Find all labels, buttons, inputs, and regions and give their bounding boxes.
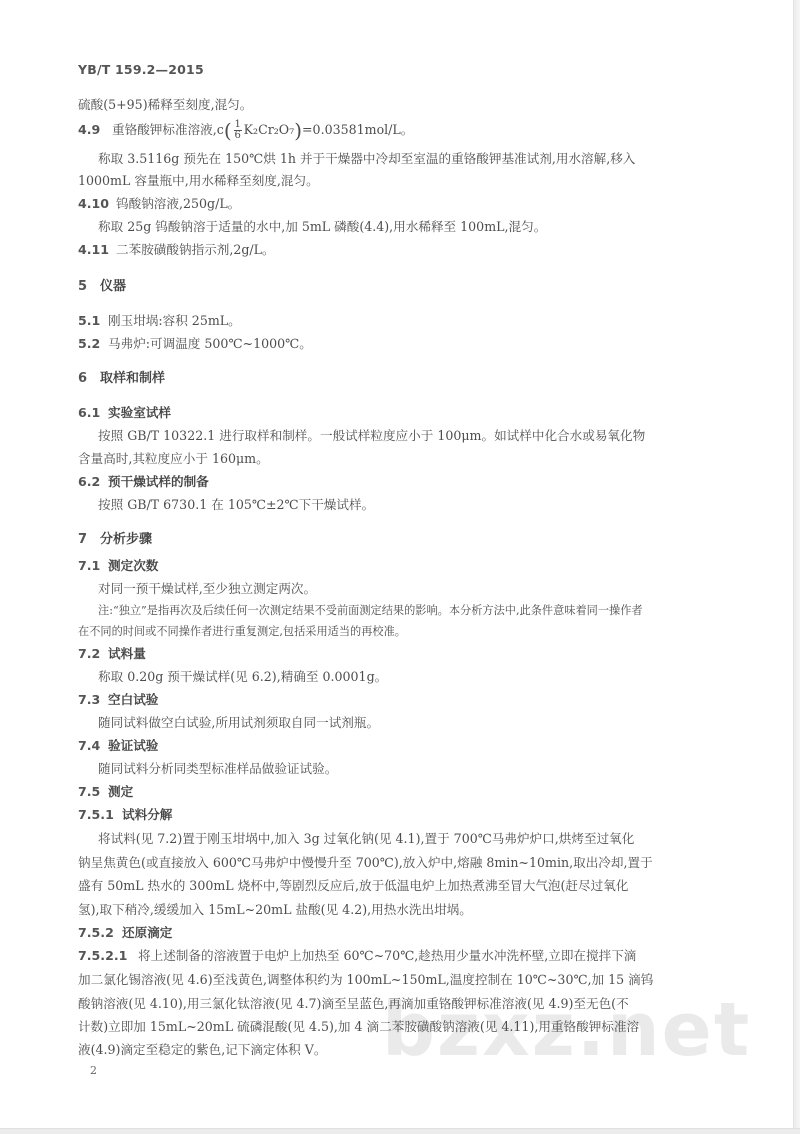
paragraph-line: 随同试料做空白试验,所用试剂须取自同一试剂瓶。: [98, 714, 379, 732]
section-7-heading: 7分析步骤: [78, 531, 152, 549]
section-title: 试料分解: [122, 807, 172, 822]
chemical-formula: K₂Cr₂O₇: [244, 122, 295, 137]
section-number: 7.5.2: [78, 924, 122, 942]
page-edge: [793, 0, 800, 1134]
section-title: 仪器: [100, 279, 126, 294]
paragraph-line: 氢),取下稍冷,缓缓加入 15mL~20mL 盐酸(见 4.2),用热水洗出坩埚…: [78, 901, 472, 919]
paragraph-line: 称取 0.20g 预干燥试样(见 6.2),精确至 0.0001g。: [98, 668, 387, 686]
section-4-9: 4.9 重铬酸钾标准溶液,c(16K₂Cr₂O₇)=0.03581mol/L。: [78, 120, 413, 141]
section-text: 马弗炉:可调温度 500℃~1000℃。: [108, 336, 312, 351]
section-5-1: 5.1刚玉坩埚:容积 25mL。: [78, 312, 241, 330]
page-number: 2: [90, 1064, 97, 1077]
section-text: 钨酸钠溶液,250g/L。: [116, 196, 240, 211]
section-7-2: 7.2试料量: [78, 645, 146, 663]
section-7-5-2-1: 7.5.2.1将上述制备的溶液置于电炉上加热至 60℃~70℃,趁热用少量水冲洗…: [78, 947, 636, 965]
section-text: 将上述制备的溶液置于电炉上加热至 60℃~70℃,趁热用少量水冲洗杯壁,立即在搅…: [138, 948, 636, 963]
section-text: 二苯胺磺酸钠指示剂,2g/L。: [116, 242, 275, 257]
fraction-numerator: 1: [234, 120, 240, 130]
section-number: 7.2: [78, 645, 108, 663]
section-title: 试料量: [108, 646, 146, 661]
section-number: 6: [78, 370, 100, 388]
paragraph-line: 1000mL 容量瓶中,用水稀释至刻度,混匀。: [78, 172, 319, 190]
fraction-denominator: 6: [234, 131, 240, 141]
paragraph-line: 硫酸(5+95)稀释至刻度,混匀。: [78, 96, 252, 114]
section-number: 5: [78, 278, 100, 296]
paragraph-line: 称取 3.5116g 预先在 150℃烘 1h 并于干燥器中冷却至室温的重铬酸钾…: [98, 150, 635, 168]
paragraph-line: 钠呈焦黄色(或直接放入 600℃马弗炉中慢慢升至 700℃),放入炉中,熔融 8…: [78, 854, 653, 872]
section-number: 7.1: [78, 557, 108, 575]
section-title: 取样和制样: [100, 371, 165, 386]
section-6-2: 6.2预干燥试样的制备: [78, 473, 209, 491]
note-line: 在不同的时间或不同操作者进行重复测定,包括采用适当的再校准。: [78, 623, 406, 641]
paragraph-line: 含量高时,其粒度应小于 160μm。: [78, 450, 269, 468]
section-7-5: 7.5测定: [78, 783, 133, 801]
section-number: 6.2: [78, 473, 108, 491]
paragraph-line: 随同试料分析同类型标准样品做验证试验。: [98, 760, 337, 778]
section-number: 7.5: [78, 783, 108, 801]
section-title: 测定次数: [108, 558, 158, 573]
section-number: 4.11: [78, 241, 116, 259]
section-title: 验证试验: [108, 738, 158, 753]
paragraph-line: 加二氯化锡溶液(见 4.6)至浅黄色,调整体积约为 100mL~150mL,温度…: [78, 971, 653, 989]
section-number: 5.1: [78, 312, 108, 330]
section-7-3: 7.3空白试验: [78, 691, 158, 709]
section-4-11: 4.11二苯胺磺酸钠指示剂,2g/L。: [78, 241, 275, 259]
section-7-1: 7.1测定次数: [78, 557, 158, 575]
concentration-value: =0.03581mol/L。: [302, 122, 413, 137]
paren-close: ): [294, 119, 302, 143]
page-edge-bottom: [0, 1128, 800, 1134]
section-number: 7.4: [78, 737, 108, 755]
section-5-2: 5.2马弗炉:可调温度 500℃~1000℃。: [78, 335, 312, 353]
section-6-heading: 6取样和制样: [78, 370, 165, 388]
paragraph-line: 称取 25g 钨酸钠溶于适量的水中,加 5mL 磷酸(4.4),用水稀释至 10…: [98, 218, 546, 236]
section-7-4: 7.4验证试验: [78, 737, 158, 755]
section-number: 4.9: [78, 121, 108, 139]
section-number: 7: [78, 531, 100, 549]
section-number: 7.5.2.1: [78, 947, 138, 965]
paragraph-line: 按照 GB/T 10322.1 进行取样和制样。一般试样粒度应小于 100μm。…: [98, 427, 645, 445]
section-text: 刚玉坩埚:容积 25mL。: [108, 313, 241, 328]
section-title: 分析步骤: [100, 532, 152, 547]
paragraph-line: 按照 GB/T 6730.1 在 105℃±2℃下干燥试样。: [98, 496, 374, 514]
note-line: 注:“独立”是指再次及后续任何一次测定结果不受前面测定结果的影响。本分析方法中,…: [98, 602, 643, 620]
section-4-10: 4.10钨酸钠溶液,250g/L。: [78, 195, 240, 213]
section-number: 7.3: [78, 691, 108, 709]
section-number: 4.10: [78, 195, 116, 213]
fraction: 16: [234, 120, 242, 141]
section-number: 5.2: [78, 335, 108, 353]
section-6-1: 6.1实验室试样: [78, 404, 171, 422]
section-7-5-1: 7.5.1试料分解: [78, 806, 172, 824]
paragraph-line: 液(4.9)滴定至稳定的紫色,记下滴定体积 V。: [78, 1041, 326, 1059]
section-number: 7.5.1: [78, 806, 122, 824]
section-title: 测定: [108, 784, 133, 799]
section-5-heading: 5仪器: [78, 278, 126, 296]
paragraph-line: 酸钠溶液(见 4.10),用三氯化钛溶液(见 4.7)滴至呈蓝色,再滴加重铬酸钾…: [78, 995, 629, 1013]
section-title: 预干燥试样的制备: [108, 474, 209, 489]
standard-code-header: YB/T 159.2—2015: [78, 62, 204, 77]
paragraph-line: 盛有 50mL 热水的 300mL 烧杯中,等剧烈反应后,放于低温电炉上加热煮沸…: [78, 877, 628, 895]
section-7-5-2: 7.5.2还原滴定: [78, 924, 172, 942]
paragraph-line: 计数)立即加 15mL~20mL 硫磷混酸(见 4.5),加 4 滴二苯胺磺酸钠…: [78, 1018, 639, 1036]
section-number: 6.1: [78, 404, 108, 422]
paren-open: (: [224, 119, 232, 143]
section-title: 实验室试样: [108, 405, 171, 420]
section-title: 还原滴定: [122, 925, 172, 940]
section-title: 重铬酸钾标准溶液,c: [112, 122, 224, 137]
paragraph-line: 对同一预干燥试样,至少独立测定两次。: [98, 580, 316, 598]
section-title: 空白试验: [108, 692, 158, 707]
paragraph-line: 将试料(见 7.2)置于刚玉坩埚中,加入 3g 过氧化钠(见 4.1),置于 7…: [98, 830, 634, 848]
